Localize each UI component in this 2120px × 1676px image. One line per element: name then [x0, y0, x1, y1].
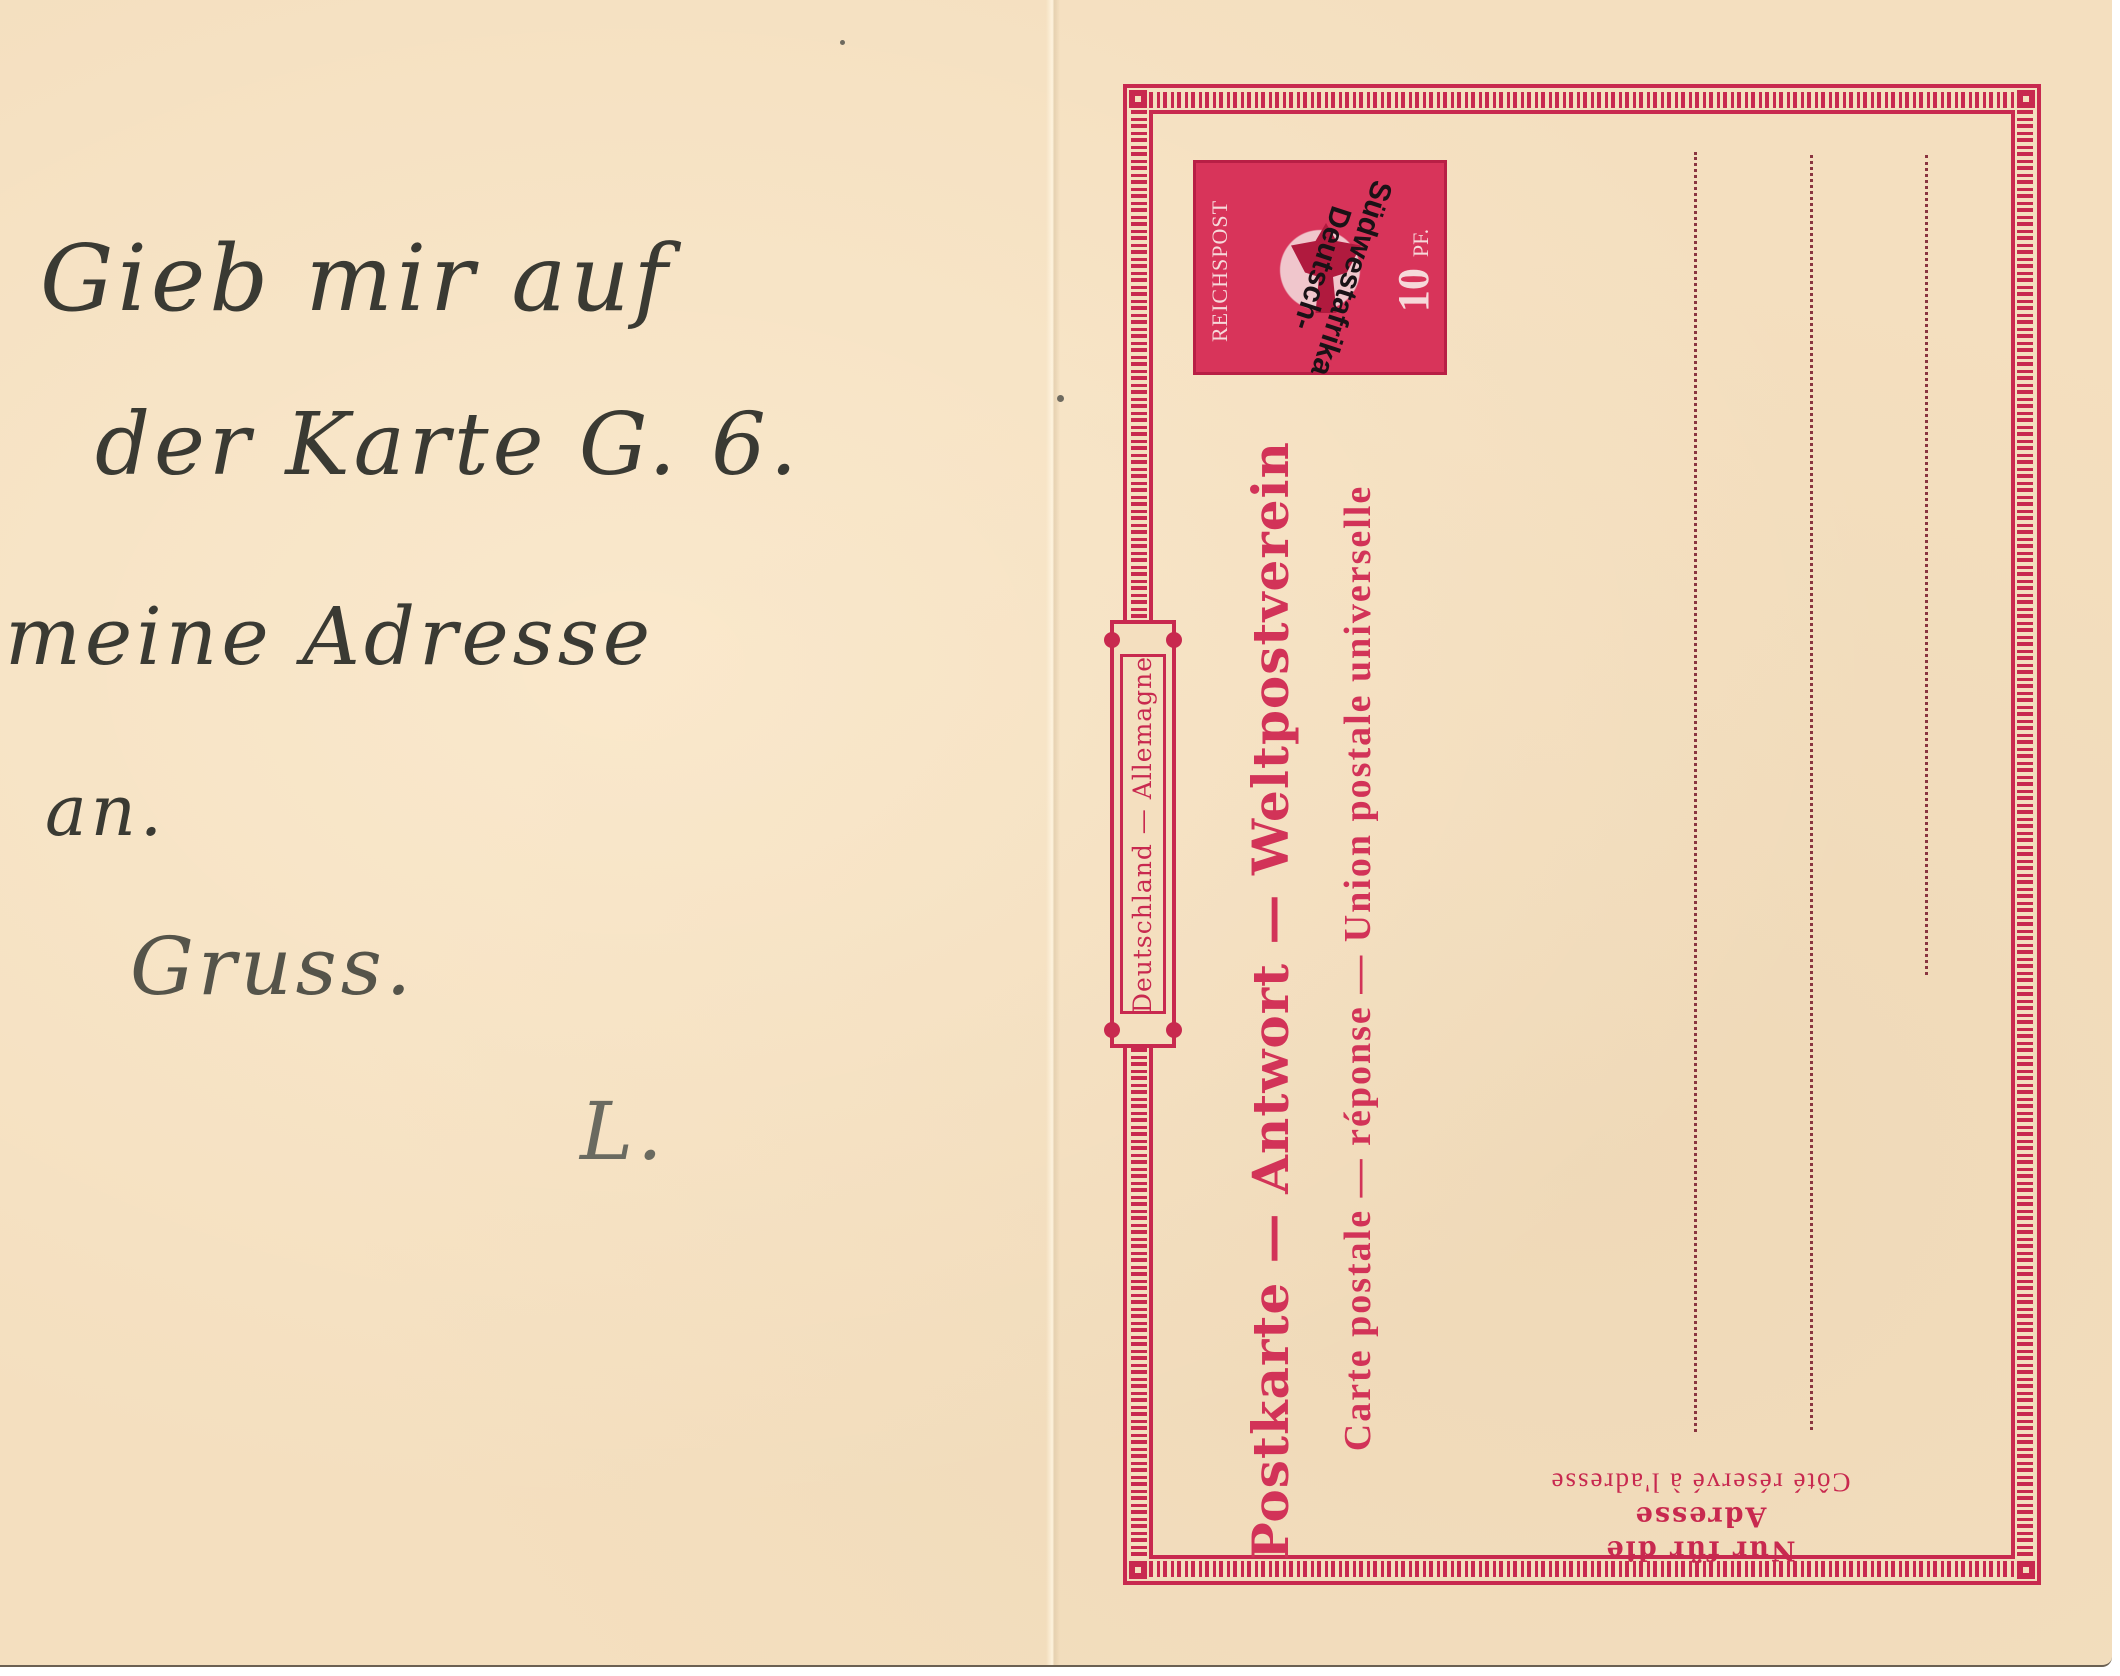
paper-speck: [840, 40, 845, 45]
address-line-2: [1810, 155, 1813, 1430]
message-line-3: meine Adresse: [5, 590, 654, 683]
message-closing: Gruss.: [130, 920, 415, 1013]
footer-german: Nur für die Adresse: [1540, 1499, 1860, 1567]
frame-corner: [1129, 90, 1147, 108]
message-signature: L.: [580, 1085, 667, 1178]
address-line-3: [1925, 155, 1928, 975]
message-line-1: Gieb mir auf: [40, 225, 672, 332]
message-line-4: an.: [45, 770, 166, 852]
border-band-right: [2017, 110, 2033, 1559]
footer-french: Côté réservé à l'adresse: [1540, 1465, 1860, 1499]
frame-corner: [1129, 1561, 1147, 1579]
fold-line: [1046, 0, 1060, 1665]
country-label: Deutschland — Allemagne: [1129, 655, 1158, 1012]
message-line-2: der Karte G. 6.: [95, 395, 801, 495]
border-band-top: [1149, 92, 2015, 108]
postage-stamp: REICHSPOST 10 PF. Deutsch- Südwestafrika: [1193, 160, 1447, 375]
frame-corner: [2017, 90, 2035, 108]
title-french: Carte postale — réponse — Union postale …: [1336, 484, 1380, 1450]
address-side-note: Nur für die Adresse Côté réservé à l'adr…: [1540, 1465, 1860, 1566]
stamp-label: REICHSPOST: [1207, 199, 1233, 341]
frame-corner: [2017, 1561, 2035, 1579]
paper-speck: [1057, 395, 1064, 402]
title-german: Postkarte — Antwort — Weltpostverein: [1241, 441, 1300, 1560]
address-line-1: [1694, 152, 1697, 1432]
postcard: Gieb mir auf der Karte G. 6. meine Adres…: [0, 0, 2112, 1667]
